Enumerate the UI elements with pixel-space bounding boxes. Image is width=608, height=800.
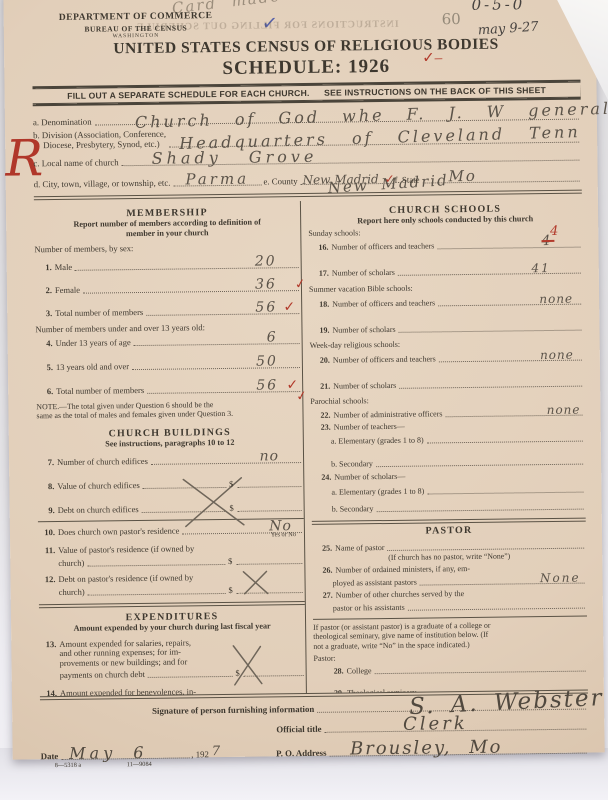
question-2: 2. Female 36: [35, 281, 301, 295]
dotted-line: 50: [132, 358, 300, 370]
pastor-heading: PASTOR: [312, 524, 586, 538]
question-18: 18. Number of officers and teachers none: [309, 295, 583, 309]
question-6: 6. Total number of members 56 ✓: [36, 382, 302, 396]
field-label: d. City, town, village, or township, etc…: [34, 178, 171, 190]
handwritten-state: Mo: [448, 167, 477, 185]
handwritten-answer: 56: [255, 299, 277, 315]
dotted-line: [376, 500, 583, 513]
dotted-line: [148, 667, 233, 678]
dollar-sign: $: [229, 503, 233, 513]
po-address-label: P. O. Address: [276, 748, 326, 759]
dotted-line: [374, 661, 585, 674]
question-11: 11.Value of pastor's residence (if owned…: [38, 542, 304, 568]
question-28: 28. College: [314, 661, 588, 675]
dotted-line: [236, 554, 302, 565]
question-16: 16. Number of officers and teachers 4 4: [308, 238, 582, 252]
red-correction: 4: [550, 224, 560, 239]
red-check-icon: ✓: [283, 299, 297, 315]
handwritten-answer: none: [539, 292, 573, 306]
official-title-label: Official title: [276, 724, 321, 735]
handwritten-answer: none: [547, 403, 581, 417]
agency-block: DEPARTMENT OF COMMERCE BUREAU OF THE CEN…: [46, 11, 226, 41]
graduate-note: If pastor (or assistant pastor) is a gra…: [313, 620, 587, 651]
membership-subheading: Report number of members according to de…: [34, 217, 300, 240]
handwritten-answer: 41: [531, 261, 550, 275]
handwritten-answer: None: [540, 571, 581, 585]
dotted-line: 6: [134, 334, 300, 346]
dotted-line: 36: [83, 281, 299, 294]
dotted-line: May 6: [61, 749, 189, 761]
department-name: DEPARTMENT OF COMMERCE: [46, 11, 226, 25]
field-label: f. State: [395, 175, 420, 185]
question-22: 22. Number of administrative officers no…: [310, 406, 584, 420]
field-label: e. County: [263, 176, 297, 186]
dotted-line: [399, 377, 582, 389]
dotted-line: Headquarters of Cleveland Tenn: [169, 133, 579, 148]
red-margin-check-icon: ✓: [294, 277, 307, 293]
right-column: ✓ ✓ CHURCH SCHOOLS Report here only scho…: [300, 198, 588, 693]
dotted-line: 56 ✓: [147, 382, 300, 394]
dotted-line: Clerk: [324, 720, 586, 733]
handwritten-date: May 6: [69, 743, 147, 763]
handwritten-official-title: Clerk: [403, 713, 468, 735]
handwritten-city: Parma: [185, 170, 249, 189]
handwritten-answer: 36: [255, 276, 277, 292]
question-8: 8. Value of church edifices $: [37, 477, 303, 491]
question-19: 19. Number of scholars: [309, 321, 583, 335]
photo-backdrop: Card made may 8 60 0-5-0 may 9-27 ✓ ✓– I…: [0, 0, 608, 800]
question-1: 1. Male 20: [35, 258, 301, 272]
handwritten-answer: 50: [256, 353, 278, 369]
dotted-line: none: [439, 351, 582, 363]
dotted-line: [427, 432, 583, 444]
dotted-line: New Madrid ✓: [301, 174, 393, 185]
dotted-line: [399, 321, 582, 333]
handwritten-answer: 20: [255, 253, 277, 269]
dotted-line: [87, 555, 225, 567]
field-local-name: c. Local name of church Shady Grove: [33, 151, 581, 169]
dotted-line: 20: [75, 258, 299, 271]
question-9: 9. Debt on church edifices $: [38, 501, 304, 515]
question-3: 3. Total number of members 56 ✓: [35, 304, 301, 318]
question-20: 20. Number of officers and teachers none: [310, 351, 584, 365]
dotted-line: [88, 584, 226, 596]
dotted-line: [387, 539, 584, 551]
group-label: Number of members, by sex:: [34, 241, 300, 254]
question-23: 23. Number of teachers—: [311, 420, 585, 432]
dotted-line: Brousley, Mo: [329, 744, 586, 757]
dollar-sign: $: [235, 667, 239, 677]
instruction-right: SEE INSTRUCTIONS ON THE BACK OF THIS SHE…: [324, 85, 546, 98]
question-26: 26.Number of ordained ministers, if any,…: [312, 563, 586, 588]
handwritten-county: New Madrid: [303, 172, 379, 187]
red-check-icon: ✓: [384, 172, 394, 186]
handwritten-answer: none: [540, 348, 574, 362]
dotted-line: [376, 455, 583, 468]
buildings-block: 7. Number of church edifices no 8. Value…: [37, 453, 304, 515]
dotted-line: None: [420, 574, 585, 586]
question-23b: b. Secondary: [311, 455, 585, 469]
question-24b: b. Secondary: [312, 500, 586, 514]
question-23a: a. Elementary (grades 1 to 8): [311, 432, 585, 446]
dollar-sign: $: [228, 556, 232, 566]
dotted-line: Church of God whe F. J. W general Chu.: [94, 110, 578, 126]
census-form-paper: Card made may 8 60 0-5-0 may 9-27 ✓ ✓– I…: [3, 0, 604, 760]
instruction-left: FILL OUT A SEPARATE SCHEDULE FOR EACH CH…: [67, 88, 309, 101]
left-column: MEMBERSHIP Report number of members acco…: [34, 201, 306, 696]
question-24: 24. Number of scholars—: [311, 470, 585, 482]
year-printed: , 192: [191, 750, 209, 760]
question-4: 4. Under 13 years of age 6: [36, 334, 302, 348]
handwritten-answer: 56: [256, 377, 278, 393]
dotted-line: [237, 477, 301, 488]
question-13: 13.Amount expended for salaries, repairs…: [39, 636, 305, 680]
handwritten-answer: 6: [267, 329, 278, 345]
pastor-label: Pastor:: [313, 650, 587, 662]
group-label: Parochial schools:: [310, 394, 584, 406]
field-label: a. Denomination: [33, 117, 92, 128]
dotted-line: [238, 501, 302, 512]
dotted-line: S. A. Webster: [317, 700, 586, 713]
red-margin-check-icon: ✓: [295, 389, 308, 405]
date-label: Date: [41, 751, 59, 761]
dotted-line: Parma: [173, 176, 261, 187]
question-10: 10. Does church own pastor's residence N…: [38, 523, 304, 537]
question-5: 5. 13 years old and over 50: [36, 358, 302, 372]
membership-note: NOTE.—The total given under Question 6 s…: [36, 399, 302, 421]
question-7: 7. Number of church edifices no: [37, 453, 303, 467]
dotted-line: No Yes or No: [182, 523, 302, 534]
field-city-county-state: d. City, town, village, or township, etc…: [34, 172, 582, 190]
dotted-line: none: [438, 295, 581, 307]
dotted-line: 56 ✓: [146, 304, 299, 316]
dotted-line: no: [151, 453, 301, 465]
dotted-line: none: [445, 406, 582, 418]
dotted-line: [143, 478, 226, 489]
signature-block: Signature of person furnishing informati…: [40, 700, 589, 770]
signature-label: Signature of person furnishing informati…: [152, 704, 314, 716]
group-label: Number of members under and over 13 year…: [35, 321, 301, 334]
dotted-line: [427, 483, 583, 495]
expenditures-block: 13.Amount expended for salaries, repairs…: [39, 636, 306, 696]
dotted-line: 41: [398, 264, 581, 276]
dollar-sign: $: [228, 585, 232, 595]
question-21: 21. Number of scholars: [310, 377, 584, 391]
field-label: b. Division (Association, Conference, Di…: [33, 129, 166, 151]
thin-rule: [38, 518, 304, 522]
handwritten-answer: no: [259, 449, 279, 465]
dotted-line: [408, 599, 585, 611]
dotted-line: [142, 502, 227, 513]
dollar-sign: $: [229, 479, 233, 489]
field-label: c. Local name of church: [33, 158, 118, 169]
handwritten-local-name: Shady Grove: [152, 147, 318, 168]
instruction-bar: FILL OUT A SEPARATE SCHEDULE FOR EACH CH…: [33, 82, 581, 105]
question-12: 12.Debt on pastor's residence (if owned …: [38, 571, 304, 597]
question-24a: a. Elementary (grades 1 to 8): [311, 483, 585, 497]
dotted-line: [237, 583, 303, 594]
yes-or-no-hint: Yes or No: [271, 531, 296, 538]
dotted-line: [244, 666, 304, 677]
expenditures-subheading: Amount expended by your church during la…: [39, 621, 305, 634]
schools-subheading: Report here only schools conducted by th…: [308, 214, 582, 227]
question-27: 27.Number of other churches served by th…: [313, 588, 587, 613]
dotted-line: 4 4: [437, 238, 580, 250]
dotted-line: Shady Grove: [122, 151, 580, 167]
dotted-line: Mo: [422, 172, 579, 184]
section-divider: [39, 601, 305, 608]
handwritten-year-digit: 7: [212, 744, 220, 759]
question-17: 17. Number of scholars 41: [309, 264, 583, 278]
